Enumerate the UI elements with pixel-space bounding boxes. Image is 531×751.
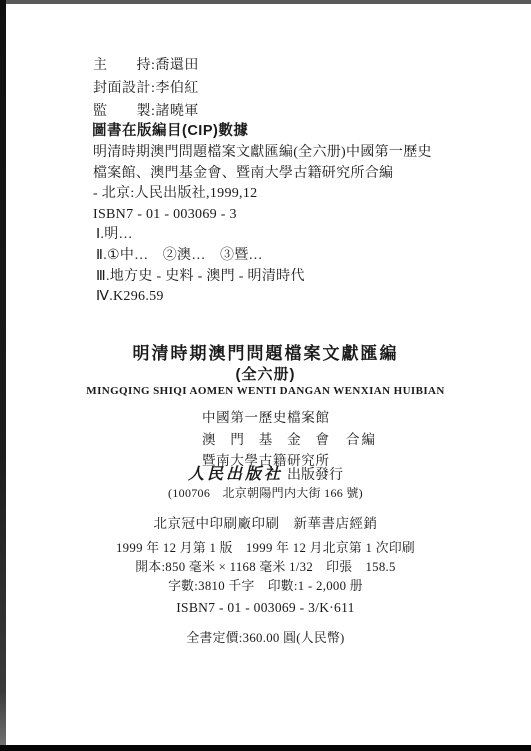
credit-line-host: 主 持:喬還田	[93, 54, 199, 77]
scan-edge-bottom	[0, 745, 531, 751]
cip-classification-line: Ⅳ.K296.59	[93, 287, 458, 308]
credit-line-cover-design: 封面設計:李伯紅	[93, 77, 199, 100]
pinyin-title: MINGQING SHIQI AOMEN WENTI DANGAN WENXIA…	[0, 385, 531, 397]
isbn-line: ISBN7 - 01 - 003069 - 3/K·611	[0, 600, 531, 616]
cip-data-block: 明清時期澳門問題檔案文獻匯編(全六册)中國第一歷史 檔案館、澳門基金會、暨南大學…	[93, 143, 458, 308]
institution-name: 澳門基金會	[202, 429, 329, 451]
publisher-action: 出版發行	[287, 468, 343, 483]
colophon-page: 主 持:喬還田 封面設計:李伯紅 監 製:諸曉軍 圖書在版編目(CIP)數據 明…	[0, 0, 531, 751]
publisher-line: 人民出版社出版發行	[0, 461, 531, 484]
price-line: 全書定價:360.00 圓(人民幣)	[0, 627, 531, 646]
editors-role-label: 合編	[346, 429, 377, 451]
cip-entry-line: ISBN7 - 01 - 003069 - 3	[93, 205, 458, 226]
cip-entry-line: 檔案館、澳門基金會、暨南大學古籍研究所合編	[93, 164, 458, 185]
cip-classification-line: Ⅲ.地方史 - 史料 - 澳門 - 明清時代	[93, 267, 458, 288]
cip-heading: 圖書在版編目(CIP)數據	[92, 119, 248, 140]
cip-entry-line: - 北京:人民出版社,1999,12	[93, 184, 458, 205]
volume-note: (全六册)	[0, 363, 531, 384]
wordcount-printrun-line: 字數:3810 千字 印數:1 - 2,000 册	[0, 575, 531, 594]
publisher-logo: 人民出版社	[188, 466, 283, 483]
book-title: 明清時期澳門問題檔案文獻匯編	[0, 339, 531, 364]
cip-classification-line: Ⅱ.①中… ②澳… ③暨…	[93, 246, 458, 267]
format-line: 開本:850 毫米 × 1168 毫米 1/32 印張 158.5	[0, 556, 531, 575]
cip-entry-line: 明清時期澳門問題檔案文獻匯編(全六册)中國第一歷史	[93, 143, 458, 164]
edition-line: 1999 年 12 月第 1 版 1999 年 12 月北京第 1 次印刷	[0, 537, 531, 556]
credits-block: 主 持:喬還田 封面設計:李伯紅 監 製:諸曉軍	[93, 54, 199, 123]
printer-distributor-line: 北京冠中印刷廠印刷 新華書店經銷	[0, 512, 531, 532]
cip-classification-line: Ⅰ.明…	[93, 225, 458, 246]
institution-name: 中國第一歷史檔案館	[202, 407, 329, 429]
scan-edge-top	[0, 0, 531, 4]
publisher-address: (100706 北京朝陽門内大街 166 號)	[0, 484, 531, 501]
